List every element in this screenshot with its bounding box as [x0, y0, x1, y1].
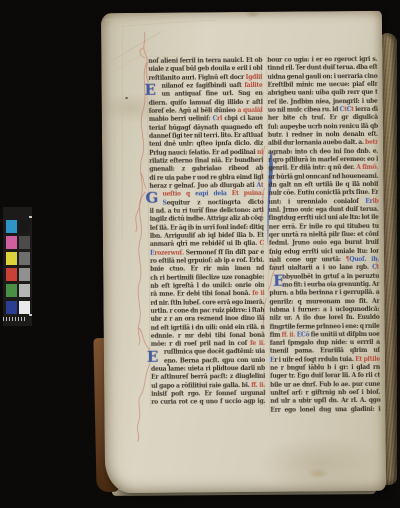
manuscript-page: noſ alieni ferril in terra nauicl. Et ob… — [101, 11, 386, 493]
color-patch — [19, 220, 30, 233]
calibration-corner-tick — [29, 314, 32, 316]
color-patch — [6, 220, 17, 233]
color-patch — [19, 284, 30, 297]
color-patch — [6, 268, 17, 281]
text-column-left: noſ alieni ferril in terra nauicl. Et ob… — [148, 57, 265, 408]
text-line: Err ego lonel dug una gladini: i delgilā… — [270, 406, 380, 415]
text-line: ro curia rot ce q uno f uccio agp ig. Er… — [151, 398, 265, 407]
ink-speck — [167, 364, 169, 366]
color-calibration-target — [3, 207, 32, 326]
color-patch — [19, 252, 30, 265]
text-column-right: bour co ugia: i er eo rgeroct igri s. To… — [267, 56, 380, 415]
stain-spot — [317, 472, 321, 475]
color-patch — [19, 301, 30, 314]
drop-cap-initial: E — [147, 348, 163, 365]
color-patch — [6, 236, 17, 249]
color-patch — [6, 284, 17, 297]
ink-speck — [126, 97, 128, 99]
calibration-corner-tick — [29, 216, 32, 218]
color-patch — [19, 268, 30, 281]
color-patch — [19, 236, 30, 249]
calibration-scale-ruler — [3, 317, 27, 321]
drop-cap-initial: E — [145, 82, 161, 99]
drop-cap-initial: E — [273, 272, 289, 289]
illuminated-initials: EGEE — [101, 11, 382, 13]
manuscript-photo: noſ alieni ferril in terra nauicl. Et ob… — [0, 0, 400, 508]
color-patch — [6, 301, 17, 314]
drop-cap-initial: G — [145, 190, 161, 207]
color-patch — [6, 252, 17, 265]
